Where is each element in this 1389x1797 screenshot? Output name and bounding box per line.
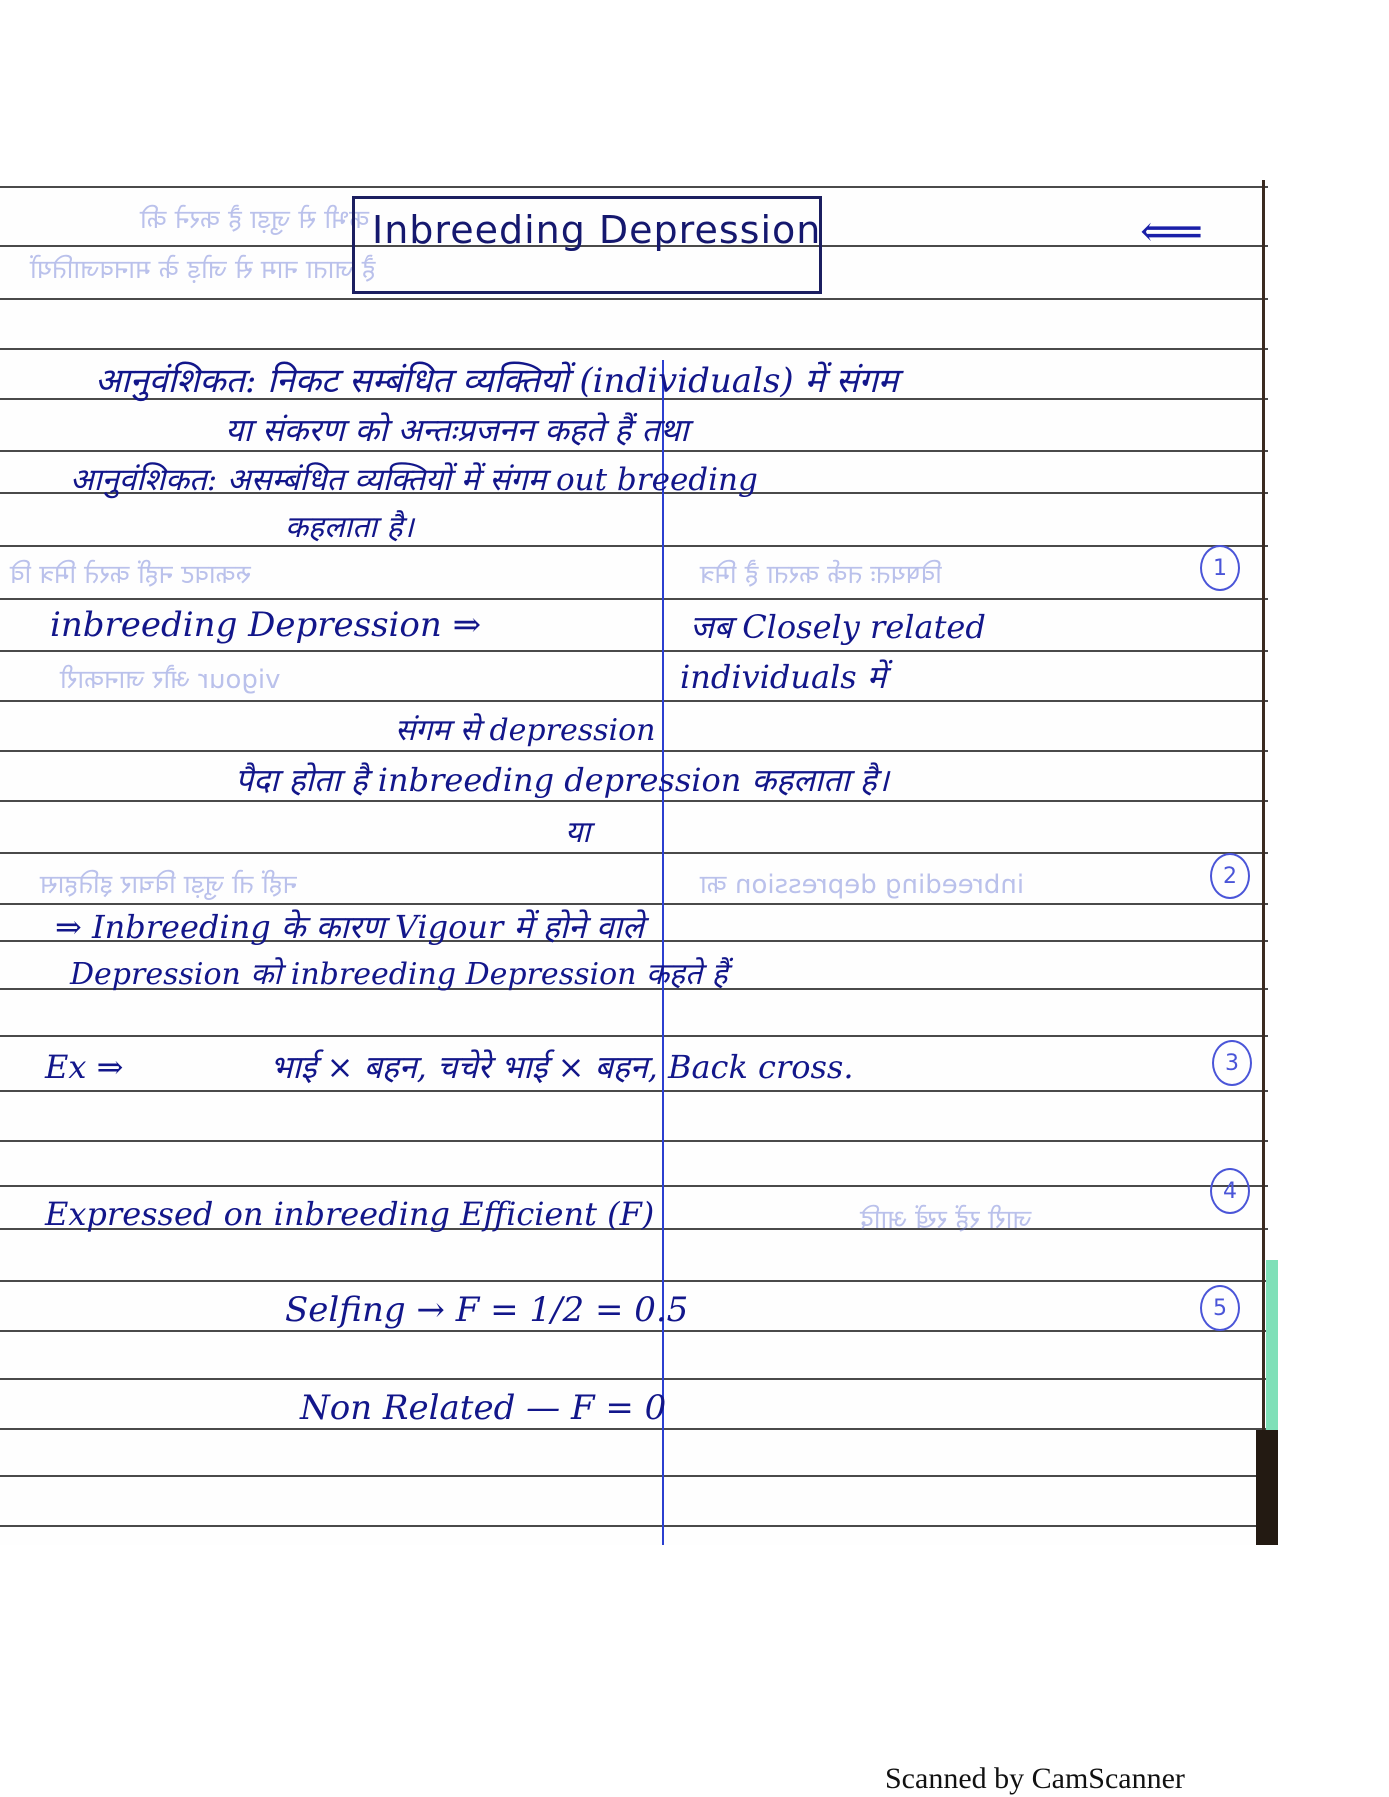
ruled-line bbox=[0, 1185, 1268, 1187]
bleed-through-text: inbreeding depression का bbox=[700, 865, 1024, 901]
page-edge-background bbox=[1266, 1260, 1278, 1430]
selfing-formula: Selfing → F = 1/2 = 0.5 bbox=[285, 1290, 688, 1330]
term-label: inbreeding Depression ⇒ bbox=[50, 605, 481, 645]
definition-line: जब Closely related bbox=[690, 605, 986, 648]
definition-line: संगम से depression bbox=[395, 708, 656, 749]
definition-line: आनुवंशिकत: निकट सम्बंधित व्यक्तियों (ind… bbox=[95, 356, 898, 402]
bleed-through-text: विषयतः तर्क करता है मित्र bbox=[700, 555, 942, 591]
ruled-line bbox=[0, 852, 1268, 854]
ruled-line bbox=[0, 1428, 1268, 1430]
bleed-through-text: vigour और जानकारी bbox=[60, 660, 280, 696]
ruled-line bbox=[0, 1035, 1268, 1037]
ruled-line bbox=[0, 1330, 1268, 1332]
ruled-line bbox=[0, 700, 1268, 702]
bleed-through-text: नहीं तो जुड़ा विचार इतिहास bbox=[40, 865, 297, 901]
bleed-through-text: है जाता नाम से जोड़ के मानवजातियों bbox=[30, 250, 376, 286]
bleed-through-text: जारी रहें रखें आदि bbox=[860, 1200, 1032, 1236]
ruled-line bbox=[0, 1525, 1268, 1527]
bleed-through-text: कभी से जुड़ा है करने की bbox=[140, 200, 369, 236]
ruled-line bbox=[0, 545, 1268, 547]
non-related-formula: Non Related — F = 0 bbox=[300, 1388, 666, 1428]
circled-number: 1 bbox=[1200, 545, 1240, 591]
ruled-line bbox=[0, 1090, 1268, 1092]
circled-number: 2 bbox=[1210, 853, 1250, 899]
ruled-line bbox=[0, 1378, 1268, 1380]
page-edge-shadow bbox=[1256, 1430, 1278, 1545]
definition-line: individuals में bbox=[680, 655, 886, 698]
definition-line: Depression को inbreeding Depression कहते… bbox=[70, 952, 728, 993]
definition-line: कहलाता है। bbox=[285, 505, 414, 546]
definition-line: आनुवंशिकत: असम्बंधित व्यक्तियों में संगम… bbox=[70, 458, 758, 500]
arrow-left-icon: ⟸ bbox=[1140, 206, 1203, 257]
or-text: या bbox=[565, 810, 590, 851]
ruled-line bbox=[0, 750, 1268, 752]
page-title: Inbreeding Depression bbox=[372, 208, 821, 252]
example-text: भाई × बहन, चचेरे भाई × बहन, Back cross. bbox=[270, 1045, 854, 1088]
ruled-line bbox=[0, 298, 1268, 300]
ruled-line bbox=[0, 650, 1268, 652]
page-edge bbox=[1262, 180, 1265, 1545]
bleed-through-text: रुकावट नहीं करते मित्र वि bbox=[10, 555, 251, 591]
scanner-watermark: Scanned by CamScanner bbox=[885, 1762, 1185, 1796]
ruled-line bbox=[0, 1280, 1268, 1282]
ruled-line bbox=[0, 1140, 1268, 1142]
ruled-line bbox=[0, 348, 1268, 350]
circled-number: 4 bbox=[1210, 1168, 1250, 1214]
definition-line: ⇒ Inbreeding के कारण Vigour में होने वाल… bbox=[55, 905, 644, 948]
ruled-line bbox=[0, 1475, 1268, 1477]
definition-line: या संकरण को अन्तःप्रजनन कहते हैं तथा bbox=[225, 408, 688, 451]
circled-number: 5 bbox=[1200, 1285, 1240, 1331]
ruled-line bbox=[0, 598, 1268, 600]
ruled-line bbox=[0, 186, 1268, 188]
definition-line: पैदा होता है inbreeding depression कहलात… bbox=[235, 758, 889, 801]
circled-number: 3 bbox=[1212, 1040, 1252, 1086]
coefficient-line: Expressed on inbreeding Efficient (F) bbox=[45, 1195, 654, 1233]
example-label: Ex ⇒ bbox=[45, 1048, 123, 1086]
